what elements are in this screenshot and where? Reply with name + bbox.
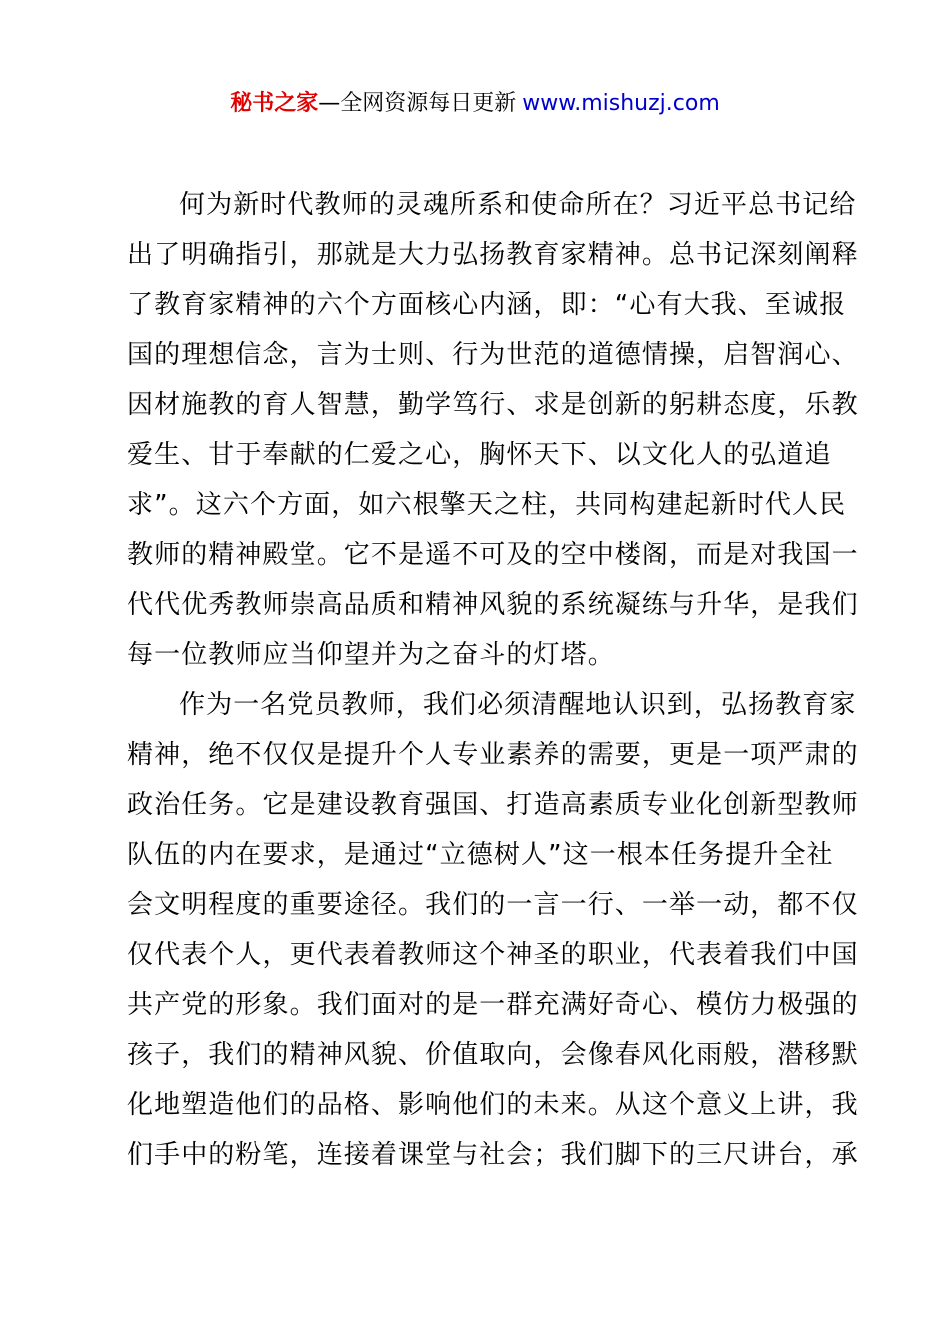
text-line: 国的理想信念，言为士则、行为世范的道德情操，启智润心、 [127, 330, 831, 380]
paragraph-2: 作为一名党员教师，我们必须清醒地认识到，弘扬教育家 精神，绝不仅仅是提升个人专业… [127, 680, 831, 1180]
site-url-link[interactable]: www.mishuzj.com [522, 91, 719, 116]
text-line: 化地塑造他们的品格、影响他们的未来。从这个意义上讲，我 [127, 1080, 831, 1130]
text-line: 何为新时代教师的灵魂所系和使命所在？习近平总书记给 [127, 180, 831, 230]
text-line: 们手中的粉笔，连接着课堂与社会；我们脚下的三尺讲台，承 [127, 1130, 831, 1180]
text-line: 仅代表个人，更代表着教师这个神圣的职业，代表着我们中国 [127, 930, 831, 980]
brand-name: 秘书之家 [230, 91, 318, 116]
text-line: 求”。这六个方面，如六根擎天之柱，共同构建起新时代人民 [127, 480, 831, 530]
text-line: 队伍的内在要求，是通过“立德树人”这一根本任务提升全社 [127, 830, 831, 880]
text-line: 精神，绝不仅仅是提升个人专业素养的需要，更是一项严肃的 [127, 730, 831, 780]
text-line: 出了明确指引，那就是大力弘扬教育家精神。总书记深刻阐释 [127, 230, 831, 280]
text-line: 因材施教的育人智慧，勤学笃行、求是创新的躬耕态度，乐教 [127, 380, 831, 430]
text-line: 爱生、甘于奉献的仁爱之心，胸怀天下、以文化人的弘道追 [127, 430, 831, 480]
page-header: 秘书之家—全网资源每日更新www.mishuzj.com [0, 88, 950, 120]
text-line: 教师的精神殿堂。它不是遥不可及的空中楼阁，而是对我国一 [127, 530, 831, 580]
header-tagline: —全网资源每日更新 [318, 91, 516, 116]
text-line: 共产党的形象。我们面对的是一群充满好奇心、模仿力极强的 [127, 980, 831, 1030]
text-line: 每一位教师应当仰望并为之奋斗的灯塔。 [127, 630, 831, 680]
text-line: 了教育家精神的六个方面核心内涵，即：“心有大我、至诚报 [127, 280, 831, 330]
text-line: 作为一名党员教师，我们必须清醒地认识到，弘扬教育家 [127, 680, 831, 730]
text-line: 政治任务。它是建设教育强国、打造高素质专业化创新型教师 [127, 780, 831, 830]
text-line: 代代优秀教师崇高品质和精神风貌的系统凝练与升华，是我们 [127, 580, 831, 630]
text-line: 会文明程度的重要途径。我们的一言一行、一举一动，都不仅 [127, 880, 831, 930]
document-body: 何为新时代教师的灵魂所系和使命所在？习近平总书记给 出了明确指引，那就是大力弘扬… [127, 180, 831, 1180]
text-line: 孩子，我们的精神风貌、价值取向，会像春风化雨般，潜移默 [127, 1030, 831, 1080]
paragraph-1: 何为新时代教师的灵魂所系和使命所在？习近平总书记给 出了明确指引，那就是大力弘扬… [127, 180, 831, 680]
